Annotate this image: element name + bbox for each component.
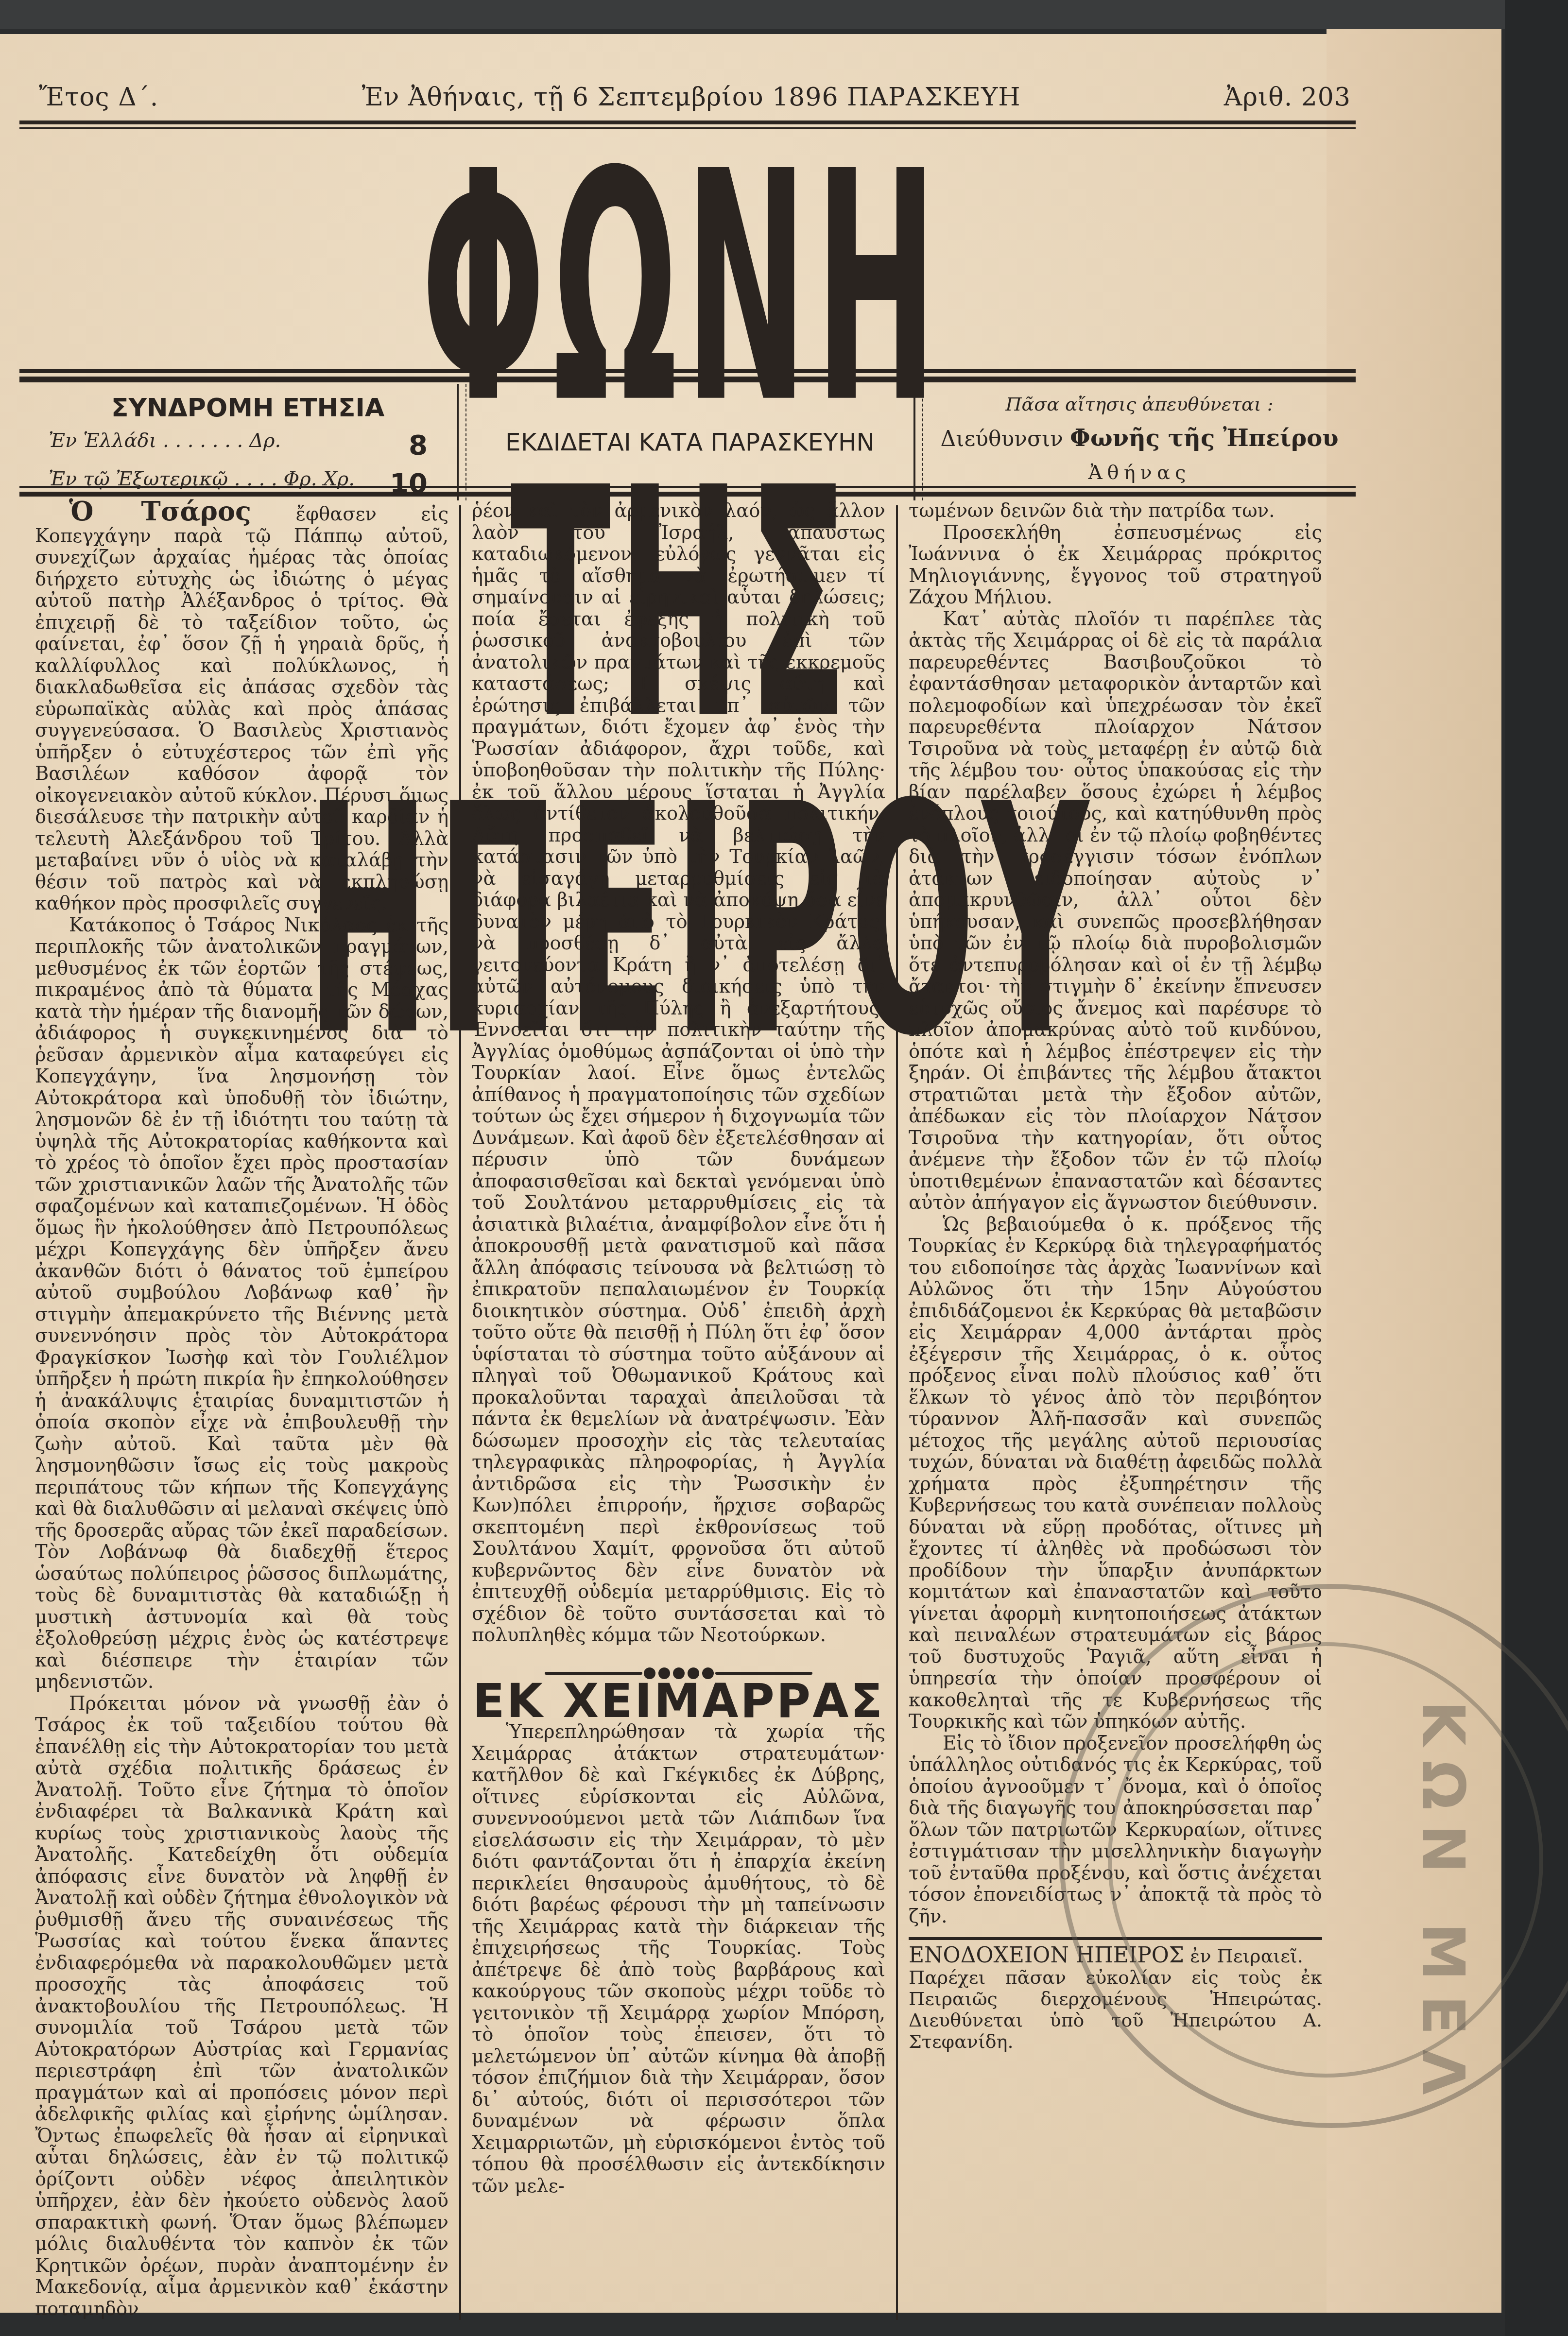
column-divider: [913, 384, 923, 500]
issue-number: Ἀριθ. 203: [1224, 83, 1351, 112]
section-heading: ΕΚ ΧΕΙΜΑΡΡΑΣ: [472, 1690, 885, 1712]
price-value: 8: [409, 429, 428, 461]
article-paragraph: Προσεκλήθη ἐσπευσμένως εἰς Ἰωάννινα ὁ ἐκ…: [909, 522, 1322, 609]
address-block: Πᾶσα αἴτησις ἀπευθύνεται : Διεύθυνσιν Φω…: [923, 384, 1356, 500]
article-paragraph: Πρόκειται μόνον νὰ γνωσθῇ ἐὰν ὁ Τσάρος ἐ…: [35, 1693, 448, 2320]
article-paragraph: Ὑπερεπληρώθησαν τὰ χωρία τῆς Χειμάρρας ἀ…: [472, 1721, 885, 2197]
binding-top: [0, 0, 1568, 29]
article-continuation: ῥέον καὶ τὸν ἀρμενικὸν λαόν, ὡς ἄλλον λα…: [472, 500, 885, 1647]
article-lead: Ὁ Τσάρος: [69, 496, 251, 527]
address-name: Φωνῆς τῆς Ἠπείρου: [1070, 425, 1338, 452]
price-row-greece: Ἐν Ἑλλάδι . . . . . . . Δρ. 8: [49, 429, 428, 461]
subscription-title: ΣΥΝΔΡΟΜΗ ΕΤΗΣΙΑ: [68, 394, 428, 423]
publication-frequency: ΕΚΔΙΔΕΤΑΙ ΚΑΤΑ ΠΑΡΑΣΚΕΥΗΝ: [466, 384, 913, 500]
library-stamp-inner-ring: [1108, 1642, 1543, 2078]
subscription-rule: [19, 486, 1356, 488]
article-text: ἔφθασεν εἰς Κοπεγχάγην παρὰ τῷ Πάππῳ αὐτ…: [35, 503, 448, 914]
address-prefix: Διεύθυνσιν: [941, 427, 1064, 451]
article-continuation: τωμένων δεινῶν διὰ τὴν πατρίδα των.: [909, 500, 1322, 522]
address-intro: Πᾶσα αἴτησις ἀπευθύνεται :: [923, 394, 1356, 415]
year-label: Ἔτος Δ΄.: [39, 83, 158, 112]
column-divider: [457, 384, 466, 500]
price-label: Ἐν Ἑλλάδι . . . . . . . Δρ.: [49, 429, 281, 461]
article-paragraph: Κατ᾽ αὐτὰς πλοῖόν τι παρέπλεε τὰς ἀκτὰς …: [909, 609, 1322, 1214]
address-line: Διεύθυνσιν Φωνῆς τῆς Ἠπείρου: [923, 425, 1356, 452]
article-tsar: Ὁ Τσάρος ἔφθασεν εἰς Κοπεγχάγην παρὰ τῷ …: [35, 500, 448, 915]
article-paragraph: Κατάκοπος ὁ Τσάρος Νικόλαος ἐκ τῆς περιπ…: [35, 915, 448, 1693]
masthead-rule: [19, 369, 1356, 373]
column-1: Ὁ Τσάρος ἔφθασεν εἰς Κοπεγχάγην παρὰ τῷ …: [24, 500, 459, 2320]
stamp-text: ΚΩΝ ΜΕΛ: [1409, 1700, 1477, 2109]
column-2: ῥέον καὶ τὸν ἀρμενικὸν λαόν, ὡς ἄλλον λα…: [461, 500, 896, 2320]
subscription-box: ΣΥΝΔΡΟΜΗ ΕΤΗΣΙΑ Ἐν Ἑλλάδι . . . . . . . …: [19, 384, 1356, 500]
masthead-rule-thick: [19, 377, 1356, 382]
address-city: Ἀθήνας: [923, 462, 1356, 484]
subscription-prices: ΣΥΝΔΡΟΜΗ ΕΤΗΣΙΑ Ἐν Ἑλλάδι . . . . . . . …: [19, 384, 457, 500]
